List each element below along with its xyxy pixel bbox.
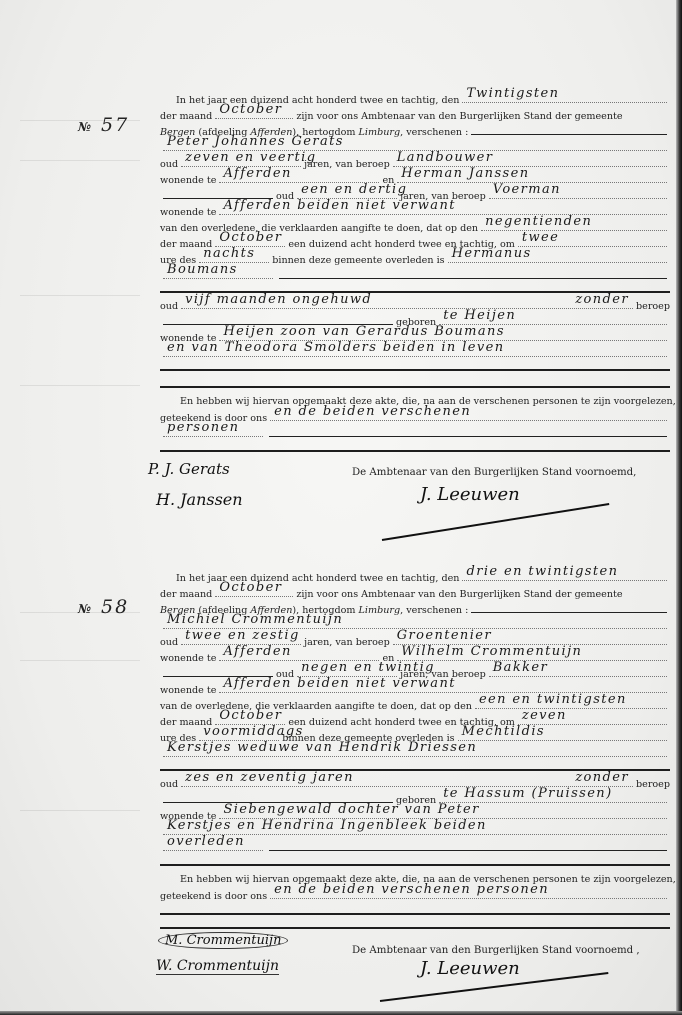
- handwritten-day: Twintigsten: [466, 86, 559, 102]
- witness-signature: W. Crommentuijn: [156, 958, 279, 975]
- blank-rule: [160, 369, 670, 371]
- record-line-residence1: wonende te Afferden en Herman Janssen: [160, 172, 670, 188]
- blank-rule: [160, 450, 670, 452]
- blank-rule: [160, 913, 670, 915]
- record-line-parents-cont: overleden: [160, 840, 670, 856]
- bleed-through-line: [20, 660, 140, 661]
- record-line-signed-by: geteekend is door ons en de beiden versc…: [160, 888, 670, 904]
- official-label: De Ambtenaar van den Burgerlijken Stand …: [352, 467, 636, 478]
- page-edge: [676, 0, 682, 1015]
- bleed-through-line: [20, 385, 140, 386]
- blank-rule: [160, 927, 670, 929]
- document-page: №57 In het jaar een duizend acht honderd…: [0, 0, 682, 1015]
- record-line-deceased-surname: Boumans: [160, 268, 670, 284]
- witness-signature: H. Janssen: [156, 490, 243, 509]
- page-edge: [0, 1011, 682, 1015]
- signature-flourish: [382, 503, 609, 541]
- record-number: №57: [78, 114, 129, 136]
- official-signature: J. Leeuwen: [420, 958, 520, 979]
- blank-rule: [160, 864, 670, 866]
- record-line-month: der maand October zijn voor ons Ambtenaa…: [160, 586, 670, 602]
- record-line-deceased-age: oud vijf maanden ongehuwdzonder beroep: [160, 298, 670, 314]
- record-line-deceased-surname: Kerstjes weduwe van Hendrik Driessen: [160, 746, 670, 762]
- record-line-residence2: wonende te Afferden beiden niet verwant: [160, 204, 670, 220]
- bleed-through-line: [20, 810, 140, 811]
- record-number: №58: [78, 596, 129, 618]
- official-signature: J. Leeuwen: [420, 484, 520, 505]
- bleed-through-line: [20, 295, 140, 296]
- official-label: De Ambtenaar van den Burgerlijken Stand …: [352, 945, 640, 956]
- record-line-parents: en van Theodora Smolders beiden in leven: [160, 346, 670, 362]
- bleed-through-line: [20, 160, 140, 161]
- record-line-signed-by-cont: personen: [160, 426, 670, 442]
- record-line-month: der maand October zijn voor ons Ambtenaa…: [160, 108, 670, 124]
- blank-rule: [160, 386, 670, 388]
- witness-signature: M. Crommentuijn: [158, 932, 288, 949]
- witness-signature: P. J. Gerats: [148, 460, 230, 478]
